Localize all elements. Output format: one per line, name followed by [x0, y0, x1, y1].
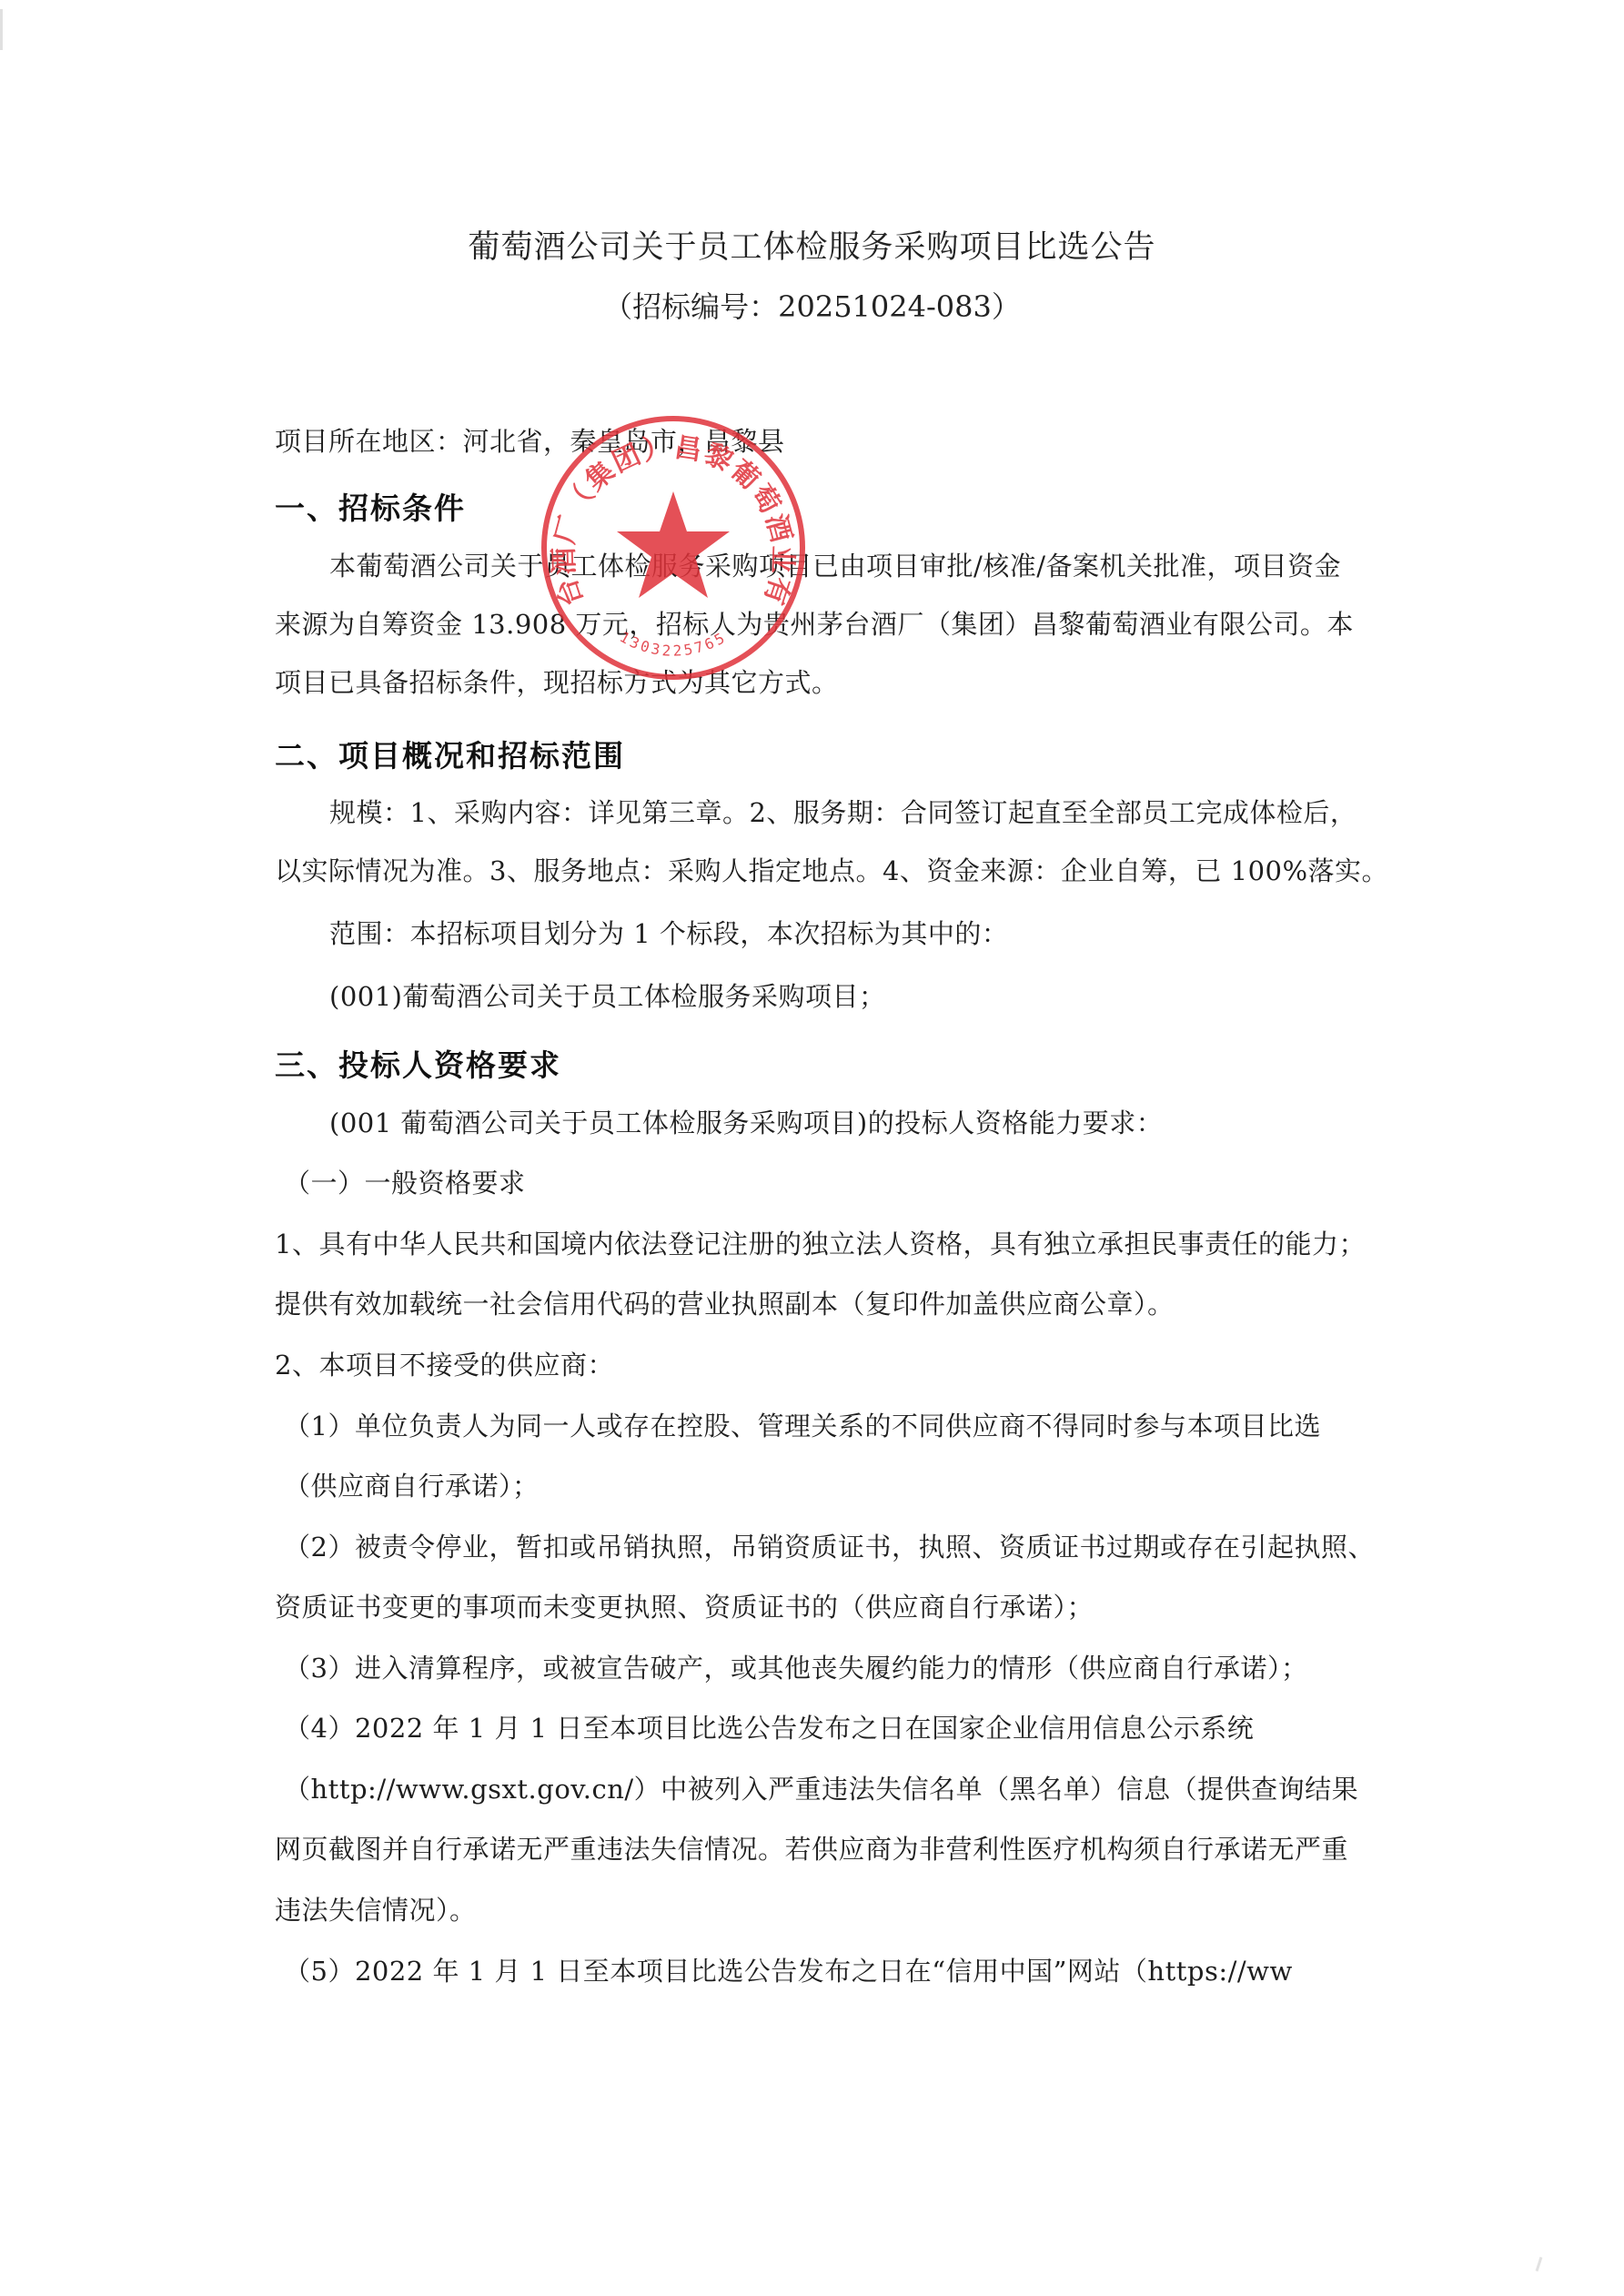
paragraph-line: 提供有效加载统一社会信用代码的营业执照副本（复印件加盖供应商公章）。 [275, 1284, 1175, 1321]
paragraph-line: 范围：本招标项目划分为 1 个标段，本次招标为其中的： [329, 914, 1008, 951]
paragraph-line: 项目已具备招标条件，现招标方式为其它方式。 [275, 663, 839, 700]
scan-edge-mark [0, 9, 3, 50]
paragraph-line: （http://www.gsxt.gov.cn/）中被列入严重违法失信名单（黑名… [284, 1769, 1358, 1806]
document-title: 葡萄酒公司关于员工体检服务采购项目比选公告 [0, 222, 1624, 268]
paragraph-line: （3）进入清算程序，或被宣告破产，或其他丧失履约能力的情形（供应商自行承诺）； [284, 1648, 1307, 1685]
paragraph-line: 资质证书变更的事项而未变更执照、资质证书的（供应商自行承诺）； [275, 1587, 1094, 1624]
paragraph-line: 以实际情况为准。3、服务地点：采购人指定地点。4、资金来源：企业自筹，已 100… [275, 851, 1388, 888]
paragraph-line: 本葡萄酒公司关于员工体检服务采购项目已由项目审批/核准/备案机关批准，项目资金 [329, 546, 1341, 583]
paragraph-line: (001 葡萄酒公司关于员工体检服务采购项目)的投标人资格能力要求： [329, 1103, 1163, 1140]
paragraph-line: 违法失信情况）。 [275, 1890, 477, 1927]
paragraph-line: 网页截图并自行承诺无严重违法失信情况。若供应商为非营利性医疗机构须自行承诺无严重 [275, 1829, 1348, 1866]
paragraph-line: (001)葡萄酒公司关于员工体检服务采购项目； [329, 976, 885, 1014]
section-heading-project-overview: 二、项目概况和招标范围 [275, 733, 625, 775]
paragraph-line: （4）2022 年 1 月 1 日至本项目比选公告发布之日在国家企业信用信息公示… [284, 1708, 1254, 1745]
bid-number: （招标编号：20251024-083） [0, 284, 1624, 326]
paragraph-line: 规模：1、采购内容：详见第三章。2、服务期：合同签订起直至全部员工完成体检后， [329, 793, 1357, 830]
paragraph-line: （一）一般资格要求 [284, 1163, 526, 1200]
section-heading-bidding-conditions: 一、招标条件 [275, 485, 466, 528]
paragraph-line: （供应商自行承诺）； [284, 1466, 540, 1503]
paragraph-line: 来源为自筹资金 13.908 万元，招标人为贵州茅台酒厂（集团）昌黎葡萄酒业有限… [275, 604, 1354, 642]
document-page: 葡萄酒公司关于员工体检服务采购项目比选公告 （招标编号：20251024-083… [0, 0, 1624, 2296]
paragraph-line: 2、本项目不接受的供应商： [275, 1345, 614, 1382]
project-location: 项目所在地区：河北省，秦皇岛市，昌黎县 [275, 421, 785, 459]
scan-speck [1536, 2257, 1543, 2271]
paragraph-line: （1）单位负责人为同一人或存在控股、管理关系的不同供应商不得同时参与本项目比选 [284, 1406, 1321, 1443]
paragraph-line: （5）2022 年 1 月 1 日至本项目比选公告发布之日在“信用中国”网站（h… [284, 1951, 1293, 1988]
paragraph-line: 1、具有中华人民共和国境内依法登记注册的独立法人资格，具有独立承担民事责任的能力… [275, 1224, 1366, 1261]
section-heading-bidder-qualifications: 三、投标人资格要求 [275, 1042, 561, 1085]
paragraph-line: （2）被责令停业，暂扣或吊销执照，吊销资质证书，执照、资质证书过期或存在引起执照… [284, 1527, 1375, 1564]
